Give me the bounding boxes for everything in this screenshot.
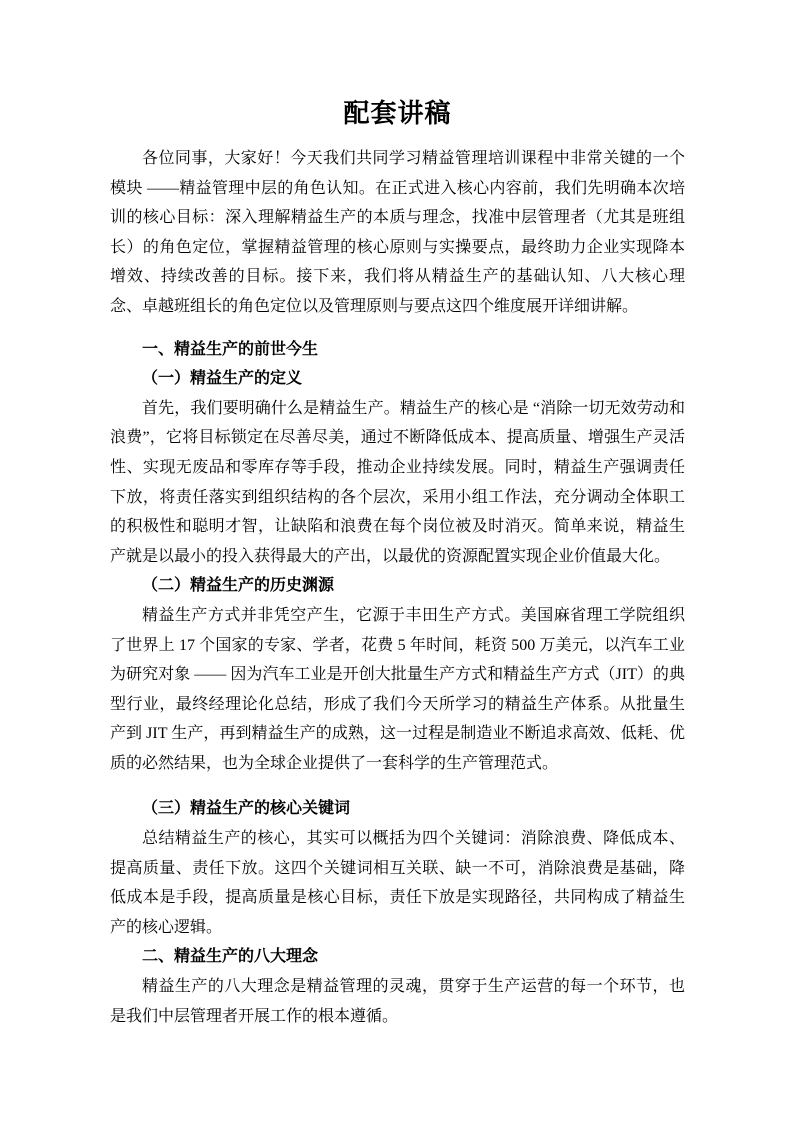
paragraph-eight-principles: 精益生产的八大理念是精益管理的灵魂，贯穿于生产运营的每一个环节，也是我们中层管理… — [110, 972, 685, 1031]
heading-subsection-1-1: （一）精益生产的定义 — [110, 364, 685, 394]
heading-section-1: 一、精益生产的前世今生 — [110, 335, 685, 365]
heading-subsection-1-3: （三）精益生产的核心关键词 — [110, 794, 685, 824]
paragraph-keywords: 总结精益生产的核心，其实可以概括为四个关键词：消除浪费、降低成本、提高质量、责任… — [110, 824, 685, 942]
heading-subsection-1-2: （二）精益生产的历史渊源 — [110, 571, 685, 601]
document-title: 配套讲稿 — [110, 96, 685, 132]
paragraph-intro: 各位同事，大家好！今天我们共同学习精益管理培训课程中非常关键的一个模块 ——精益… — [110, 144, 685, 322]
paragraph-definition: 首先，我们要明确什么是精益生产。精益生产的核心是 “消除一切无效劳动和浪费”，它… — [110, 394, 685, 572]
heading-section-2: 二、精益生产的八大理念 — [110, 942, 685, 972]
paragraph-history: 精益生产方式并非凭空产生，它源于丰田生产方式。美国麻省理工学院组织了世界上 17… — [110, 601, 685, 779]
document-page: 配套讲稿 各位同事，大家好！今天我们共同学习精益管理培训课程中非常关键的一个模块… — [0, 0, 794, 1123]
